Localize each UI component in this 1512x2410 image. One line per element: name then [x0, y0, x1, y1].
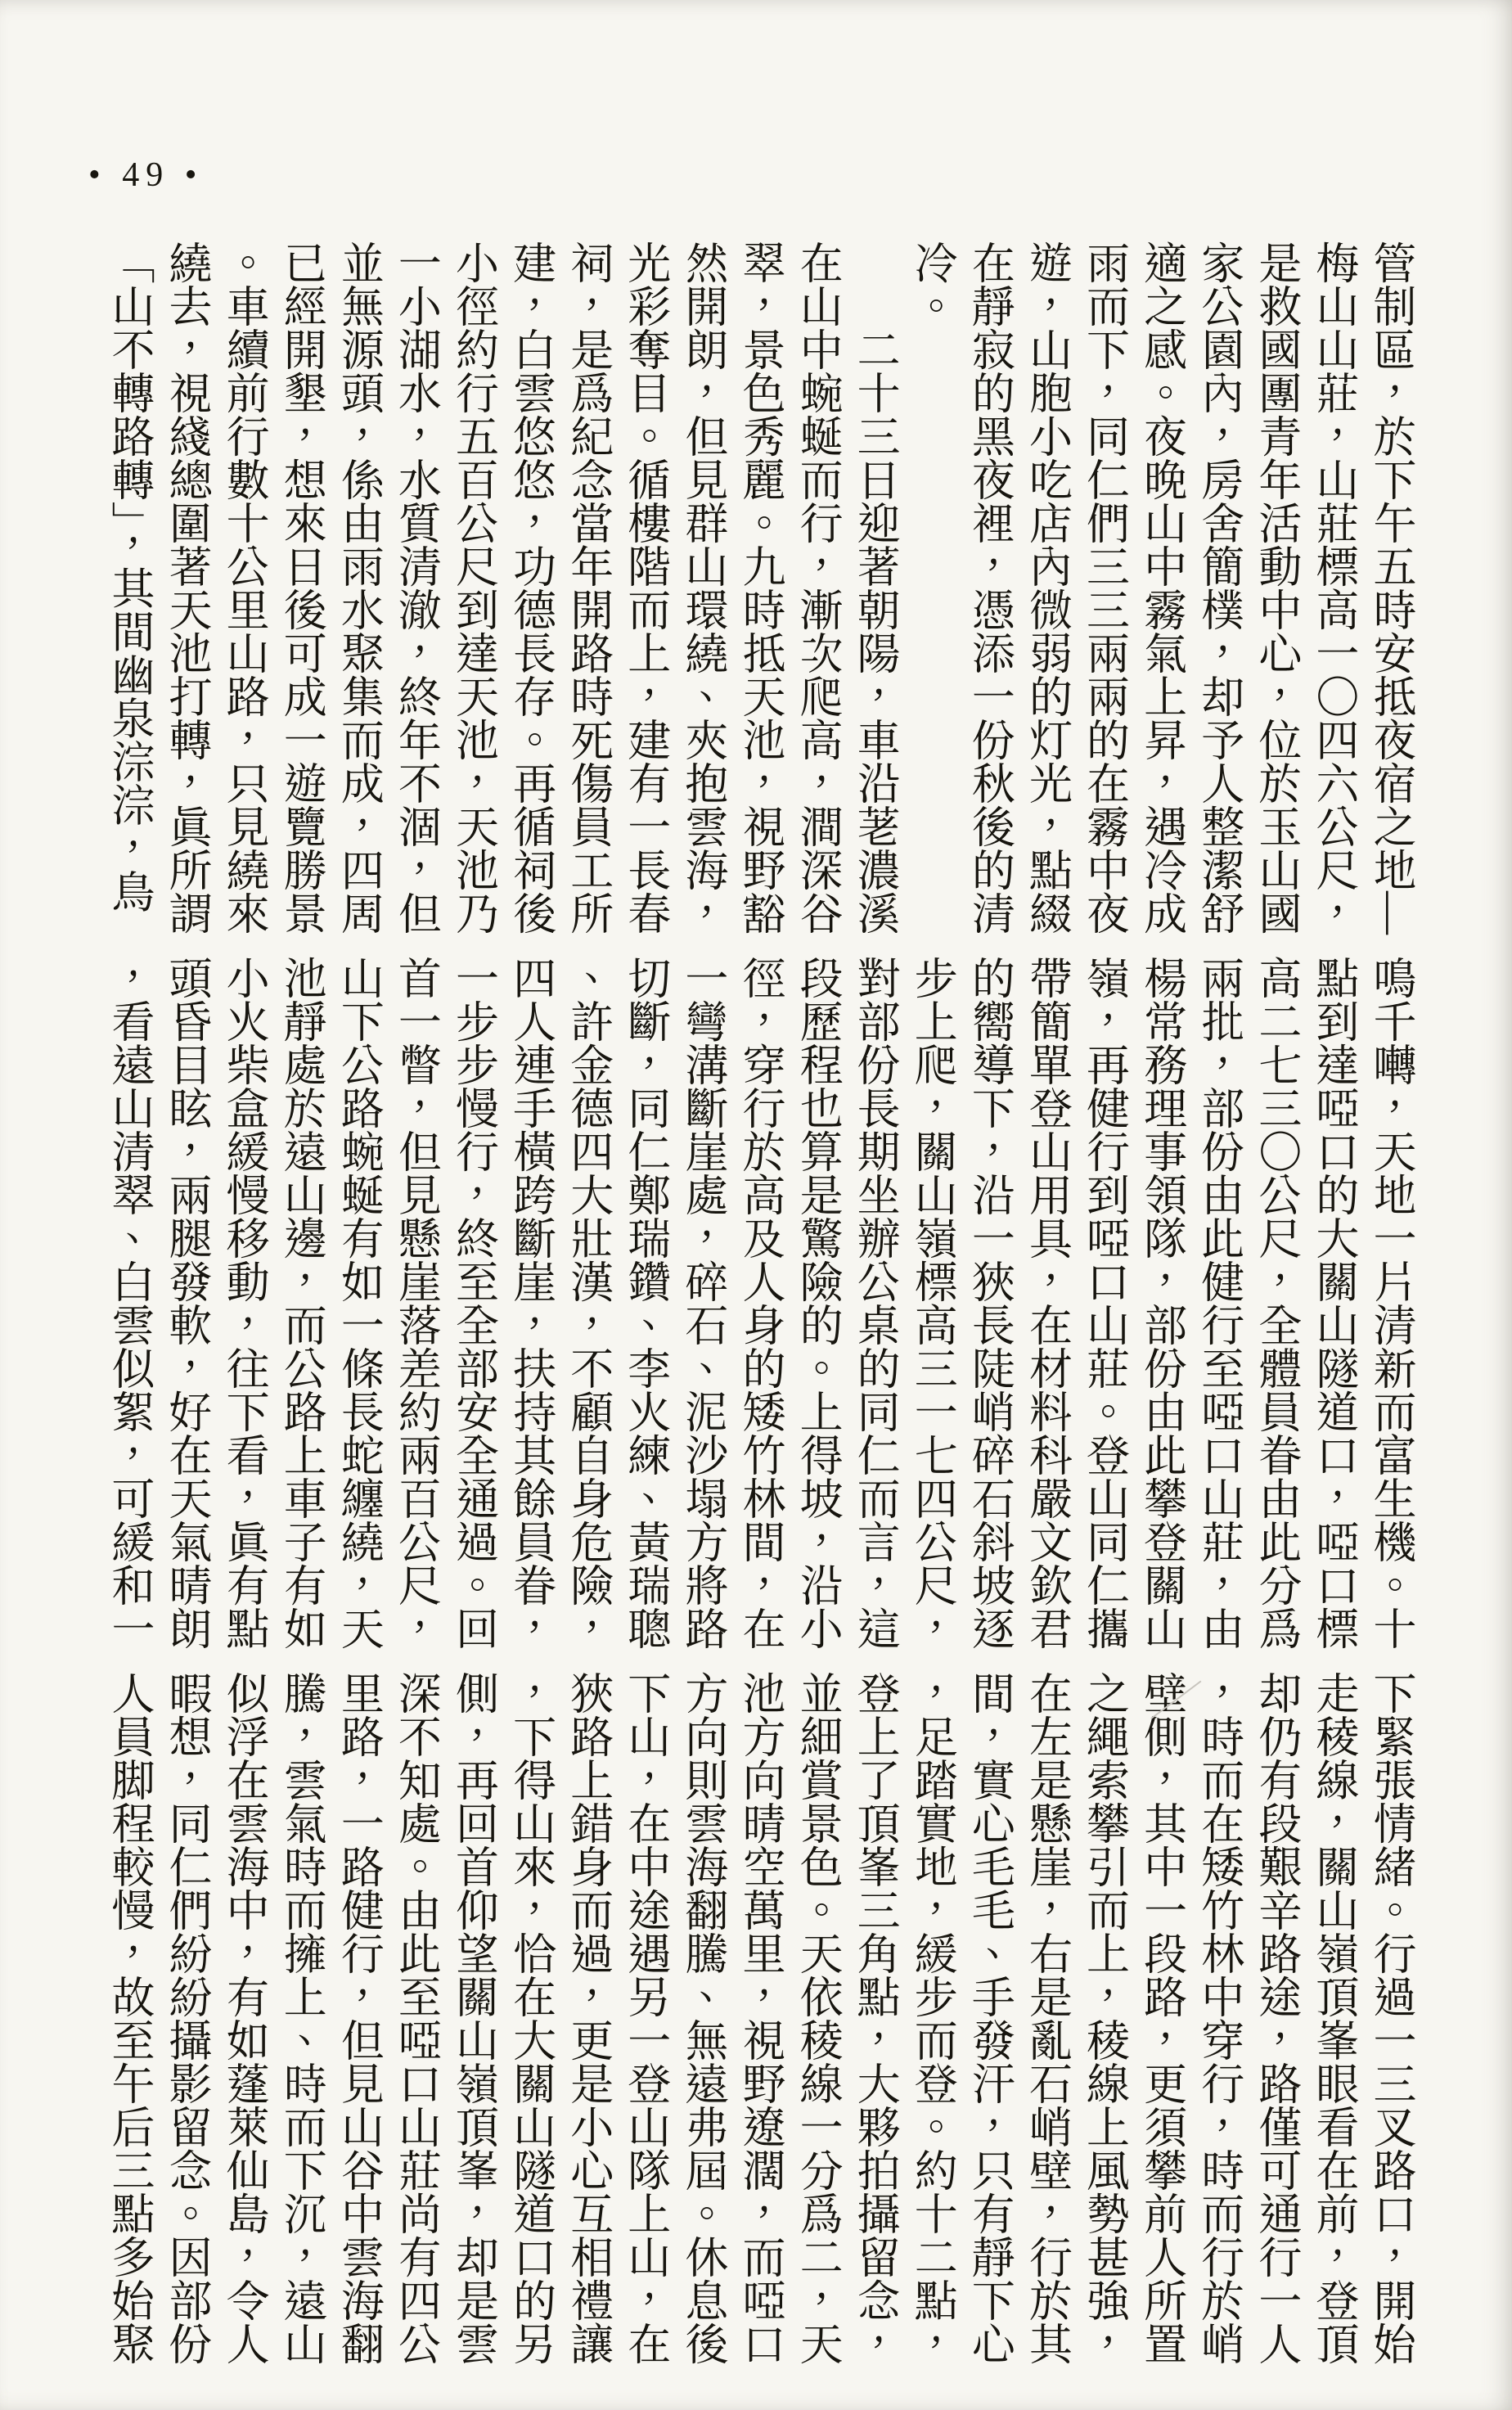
text-band-1: 管制區，於下午五時安抵夜宿之地—梅山山莊，山莊標高一〇四六公尺，是救國團青年活動…	[100, 241, 1420, 935]
text-band-3: 下緊張情緒。行過一三叉路口，開始走稜線，關山嶺頂峯眼看在前，登頂却仍有段艱辛路途…	[100, 1671, 1420, 2366]
page-number: • 49 •	[88, 155, 203, 195]
text-band-2: 鳴千囀，天地一片清新而富生機。十點到達啞口的大關山隧道口，啞口標高二七三〇公尺，…	[100, 956, 1420, 1651]
scanned-page: • 49 • 管制區，於下午五時安抵夜宿之地—梅山山莊，山莊標高一〇四六公尺，是…	[0, 0, 1512, 2410]
